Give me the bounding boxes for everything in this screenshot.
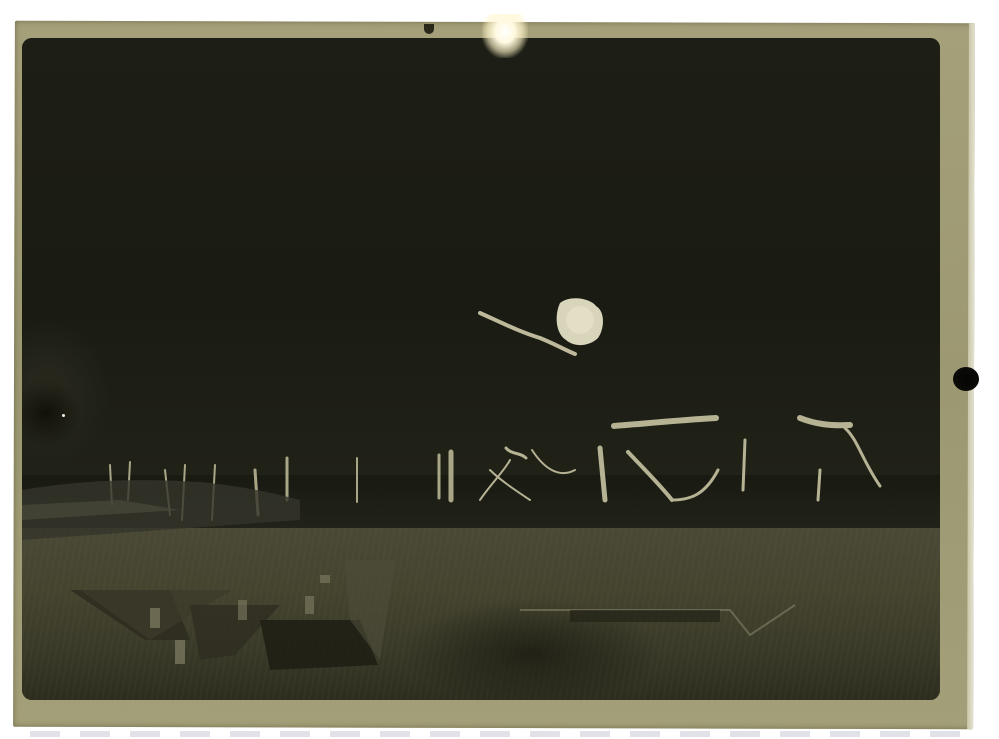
punch-hole bbox=[953, 367, 979, 391]
sky-burst bbox=[480, 298, 603, 354]
bare-branches bbox=[480, 418, 880, 500]
rooftops bbox=[70, 560, 395, 670]
field-structure bbox=[520, 605, 795, 635]
light-leak-flare bbox=[482, 14, 528, 58]
hills bbox=[22, 480, 300, 540]
edge-chip bbox=[424, 24, 434, 34]
scene-details bbox=[0, 0, 999, 739]
